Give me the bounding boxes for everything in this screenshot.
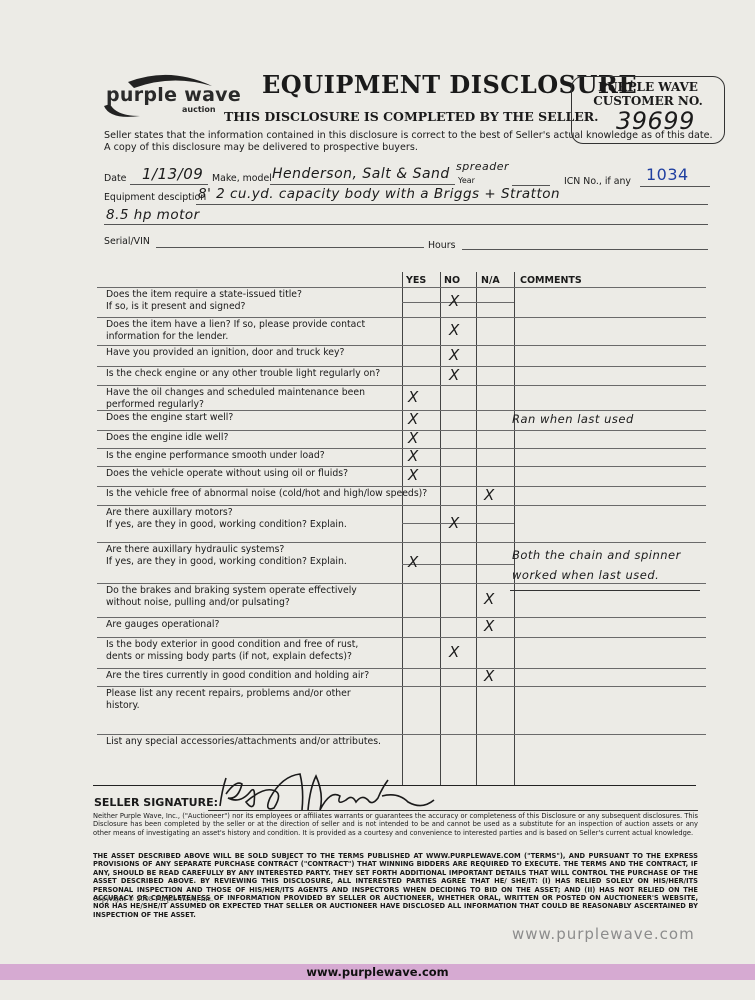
question-text: If yes, are they in good, working condit… (106, 556, 347, 568)
column-header-na: N/A (481, 275, 500, 286)
terms-text: THE ASSET DESCRIBED ABOVE WILL BE SOLD S… (93, 852, 698, 919)
copyright-text: Copyright © 2008 Purple Wave, Inc. (93, 895, 213, 903)
question-text: Is the body exterior in good condition a… (106, 639, 358, 651)
footer-url-link[interactable]: www.purplewave.com (0, 965, 755, 979)
answer-cell-yes[interactable] (400, 346, 428, 365)
x-mark-icon: X (408, 388, 419, 406)
logo-text: purple wave (106, 84, 241, 106)
x-mark-icon: X (484, 617, 495, 635)
icn-field[interactable]: 1034 (640, 170, 710, 187)
serial-vin-label: Serial/VIN (104, 236, 150, 247)
signature-line (208, 810, 698, 811)
answer-cell-na[interactable] (476, 346, 504, 365)
x-mark-icon: X (449, 346, 460, 364)
answer-cell-yes[interactable] (400, 318, 428, 344)
answer-cell-no[interactable] (441, 411, 469, 429)
answer-cell-yes[interactable] (400, 584, 428, 616)
comment-field[interactable] (516, 288, 704, 316)
answer-cell-na[interactable] (476, 735, 504, 784)
answer-cell-no[interactable] (441, 669, 469, 685)
x-mark-icon: X (408, 553, 419, 571)
question-text: If so, is it present and signed? (106, 301, 246, 313)
answer-cell-na[interactable] (476, 411, 504, 429)
make-model-field[interactable]: Henderson, Salt & Sand (270, 168, 455, 185)
comment-field[interactable] (516, 467, 704, 485)
question-text: Is the engine performance smooth under l… (106, 450, 325, 462)
answer-cell-na[interactable] (476, 687, 504, 733)
question-text: Does the item have a lien? If so, please… (106, 319, 365, 331)
answer-cell-yes[interactable] (400, 669, 428, 685)
answer-cell-no[interactable] (441, 386, 469, 409)
comment-field[interactable] (516, 669, 704, 685)
equipment-description-line1: 8' 2 cu.yd. capacity body with a Briggs … (198, 186, 560, 202)
question-text: without noise, pulling and/or pulsating? (106, 597, 290, 609)
x-mark-icon: X (484, 486, 495, 504)
question-text: Are the tires currently in good conditio… (106, 670, 369, 682)
question-text: Are there auxillary motors? (106, 507, 233, 519)
question-text: If yes, are they in good, working condit… (106, 519, 347, 531)
comment-field[interactable] (516, 367, 704, 384)
x-mark-icon: X (449, 514, 460, 532)
x-mark-icon: X (408, 429, 419, 447)
answer-cell-no[interactable] (441, 487, 469, 504)
question-text: Does the engine idle well? (106, 432, 228, 444)
question-text: Does the engine start well? (106, 412, 233, 424)
comment-field[interactable] (516, 687, 704, 733)
answer-cell-yes[interactable] (400, 506, 428, 541)
question-text: Does the item require a state-issued tit… (106, 289, 302, 301)
date-value: 1/13/09 (142, 165, 203, 183)
x-mark-icon: X (449, 292, 460, 310)
signature-label: SELLER SIGNATURE: (94, 796, 218, 809)
answer-cell-na[interactable] (476, 543, 504, 582)
question-text: dents or missing body parts (if not, exp… (106, 651, 352, 663)
intro-line-2: A copy of this disclosure may be deliver… (104, 142, 713, 154)
intro-line-1: Seller states that the information conta… (104, 130, 713, 142)
answer-cell-na[interactable] (476, 318, 504, 344)
comment-field[interactable] (516, 346, 704, 365)
question-text: List any special accessories/attachments… (106, 736, 381, 748)
question-text: Have you provided an ignition, door and … (106, 347, 344, 359)
answer-cell-no[interactable] (441, 735, 469, 784)
page-subtitle: THIS DISCLOSURE IS COMPLETED BY THE SELL… (224, 109, 599, 124)
column-header-comments: COMMENTS (520, 275, 582, 286)
comment-underline (510, 590, 700, 591)
answer-cell-yes[interactable] (400, 687, 428, 733)
answer-cell-na[interactable] (476, 288, 504, 316)
question-text: Do the brakes and braking system operate… (106, 585, 357, 597)
make-model-value: Henderson, Salt & Sand (272, 166, 450, 182)
comment-field[interactable] (516, 431, 704, 447)
hours-field[interactable] (462, 238, 708, 250)
answer-cell-na[interactable] (476, 431, 504, 447)
answer-cell-na[interactable] (476, 449, 504, 465)
equipment-description-line2: 8.5 hp motor (106, 207, 200, 223)
footer-band: www.purplewave.com (0, 964, 755, 980)
year-field[interactable] (512, 175, 550, 186)
year-label: Year (458, 176, 475, 185)
x-mark-icon: X (408, 447, 419, 465)
comment-field[interactable] (516, 735, 704, 784)
question-text: Are gauges operational? (106, 619, 219, 631)
answer-cell-no[interactable] (441, 584, 469, 616)
answer-cell-na[interactable] (476, 467, 504, 485)
answer-cell-yes[interactable] (400, 288, 428, 316)
x-mark-icon: X (449, 366, 460, 384)
answer-cell-na[interactable] (476, 367, 504, 384)
answer-cell-na[interactable] (476, 386, 504, 409)
answer-cell-no[interactable] (441, 467, 469, 485)
question-text: Is the vehicle free of abnormal noise (c… (106, 488, 427, 500)
answer-cell-no[interactable] (441, 543, 469, 582)
x-mark-icon: X (408, 466, 419, 484)
answer-cell-no[interactable] (441, 449, 469, 465)
comment-field[interactable] (516, 638, 704, 667)
equipment-description-line2-field[interactable]: 8.5 hp motor (104, 206, 708, 225)
comment-field[interactable] (516, 584, 704, 616)
question-text: Please list any recent repairs, problems… (106, 688, 351, 700)
icn-value: 1034 (646, 165, 689, 184)
x-mark-icon: X (449, 321, 460, 339)
hours-label: Hours (428, 240, 455, 251)
question-text: Are there auxillary hydraulic systems? (106, 544, 284, 556)
answer-cell-yes[interactable] (400, 487, 428, 504)
comment-field[interactable] (516, 318, 704, 344)
comment-field[interactable] (516, 449, 704, 465)
column-header-no: NO (444, 275, 460, 286)
question-text: history. (106, 700, 140, 712)
make-model-extra: spreader (456, 160, 509, 173)
answer-cell-yes[interactable] (400, 618, 428, 636)
serial-vin-field[interactable] (156, 236, 424, 248)
date-field[interactable]: 1/13/09 (130, 168, 208, 185)
x-mark-icon: X (408, 410, 419, 428)
comment-field[interactable] (516, 506, 704, 541)
equipment-description-field[interactable]: 8' 2 cu.yd. capacity body with a Briggs … (196, 186, 708, 205)
logo-subtext: auction (182, 105, 216, 114)
disclaimer-text: Neither Purple Wave, Inc., ("Auctioneer"… (93, 812, 698, 837)
x-mark-icon: X (484, 667, 495, 685)
x-mark-icon: X (484, 590, 495, 608)
comment-field[interactable] (516, 487, 704, 504)
comment-field[interactable] (516, 386, 704, 409)
comment-field[interactable] (516, 543, 704, 582)
question-text: Is the check engine or any other trouble… (106, 368, 380, 380)
seller-signature[interactable]: Kathy Niehenoit (212, 770, 442, 814)
customer-box-line2: CUSTOMER NO. (572, 94, 724, 108)
intro-text: Seller states that the information conta… (104, 130, 713, 154)
answer-cell-na[interactable] (476, 506, 504, 541)
x-mark-icon: X (449, 643, 460, 661)
question-text: Does the vehicle operate without using o… (106, 468, 348, 480)
date-label: Date (104, 173, 126, 184)
answer-cell-yes[interactable] (400, 367, 428, 384)
comment-field[interactable] (516, 618, 704, 636)
column-header-yes: YES (406, 275, 426, 286)
watermark-url: www.purplewave.com (512, 925, 695, 943)
make-model-label: Make, model (212, 173, 272, 184)
customer-box-line1: PURPLE WAVE (572, 80, 724, 94)
comment-field[interactable] (516, 411, 704, 429)
equipment-description-label: Equipment desciption (104, 192, 206, 203)
question-text: Have the oil changes and scheduled maint… (106, 387, 365, 399)
answer-cell-na[interactable] (476, 638, 504, 667)
answer-cell-yes[interactable] (400, 638, 428, 667)
question-text: information for the lender. (106, 331, 228, 343)
answer-cell-no[interactable] (441, 687, 469, 733)
answer-cell-no[interactable] (441, 431, 469, 447)
answer-cell-no[interactable] (441, 618, 469, 636)
